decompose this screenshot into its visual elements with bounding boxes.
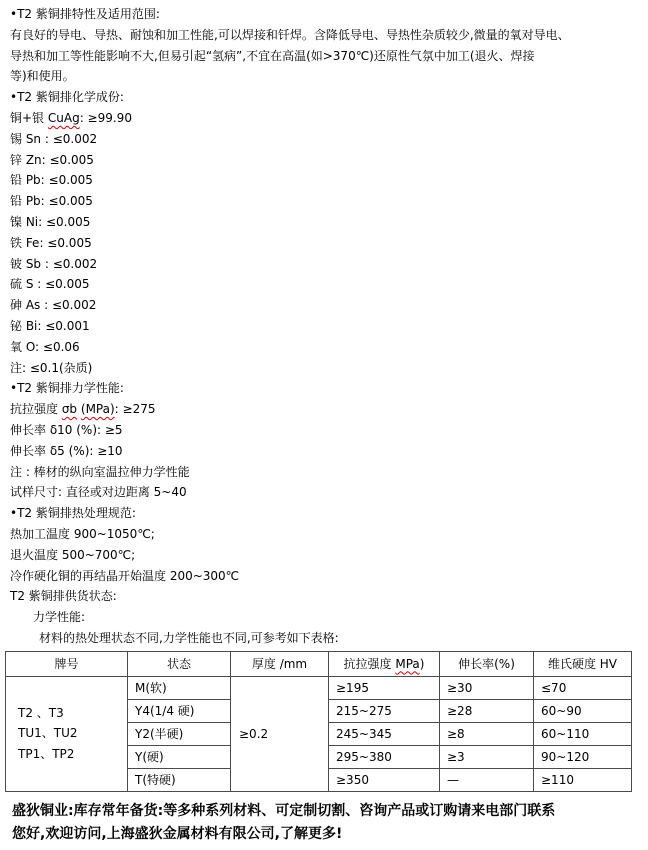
tensile-strength-cell: ≥195 xyxy=(329,676,440,699)
text-line: 有良好的导电、导热、耐蚀和加工性能,可以焊接和钎焊。含降低导电、导热性杂质较少,… xyxy=(10,25,648,46)
column-header: 伸长率(%) xyxy=(440,651,534,676)
text-line: •T2 紫铜排热处理规范: xyxy=(10,503,648,524)
footer-line-2: 您好,欢迎访问,上海盛狄金属材料有限公司,了解更多! xyxy=(12,823,648,846)
mechanical-properties-table: 牌号状态厚度 /mm抗拉强度 MPa)伸长率(%)维氏硬度 HV T2 、T3T… xyxy=(5,651,632,792)
text-line: 铜+银 CuAg: ≥99.90 xyxy=(10,108,648,129)
table-body: T2 、T3TU1、TU2TP1、TP2M(软)≥0.2≥195≥30≤70Y4… xyxy=(6,676,632,791)
text-line: 锡 Sn : ≤0.002 xyxy=(10,129,648,150)
text-segment: : ≥275 xyxy=(115,402,156,416)
text-line: •T2 紫铜排特性及适用范围: xyxy=(10,4,648,25)
spellcheck-marked-text: (MPa) xyxy=(81,402,115,416)
text-segment: ) xyxy=(420,657,425,671)
hardness-cell: ≥110 xyxy=(534,768,632,791)
state-cell: Y4(1/4 硬) xyxy=(128,699,231,722)
spellcheck-marked-text: CuAg xyxy=(48,111,80,125)
text-line: 锌 Zn: ≤0.005 xyxy=(10,150,648,171)
text-line: 等)和使用。 xyxy=(10,66,648,87)
text-line: 抗拉强度 σb (MPa): ≥275 xyxy=(10,399,648,420)
text-segment: 抗拉强度 xyxy=(344,657,396,671)
spellcheck-marked-text: σb xyxy=(62,402,77,416)
text-line: 硫 S : ≤0.005 xyxy=(10,274,648,295)
text-line: 铅 Pb: ≤0.005 xyxy=(10,170,648,191)
hardness-cell: 60~90 xyxy=(534,699,632,722)
grade-line: T2 、T3 xyxy=(18,703,127,724)
text-line: 铁 Fe: ≤0.005 xyxy=(10,233,648,254)
text-line: 镍 Ni: ≤0.005 xyxy=(10,212,648,233)
text-line: 铍 Sb : ≤0.002 xyxy=(10,254,648,275)
text-line: 注 : 棒材的纵向室温拉伸力学性能 xyxy=(10,462,648,483)
column-header: 状态 xyxy=(128,651,231,676)
text-line: 导热和加工等性能影响不大,但易引起“氢病”,不宜在高温(如>370℃)还原性气氛… xyxy=(10,46,648,67)
state-cell: T(特硬) xyxy=(128,768,231,791)
hardness-cell: 60~110 xyxy=(534,722,632,745)
grade-cell: T2 、T3TU1、TU2TP1、TP2 xyxy=(6,676,128,791)
text-segment: 铜+银 xyxy=(10,111,48,125)
footer: 盛狄铜业:库存常年备货:等多种系列材料、可定制切割、咨询产品或订购请来电部门联系… xyxy=(12,800,648,846)
text-line: 注: ≤0.1(杂质) xyxy=(10,358,648,379)
state-cell: Y2(半硬) xyxy=(128,722,231,745)
footer-line-1: 盛狄铜业:库存常年备货:等多种系列材料、可定制切割、咨询产品或订购请来电部门联系 xyxy=(12,800,648,823)
tensile-strength-cell: 245~345 xyxy=(329,722,440,745)
tensile-strength-cell: ≥350 xyxy=(329,768,440,791)
elongation-cell: ≥3 xyxy=(440,745,534,768)
state-cell: M(软) xyxy=(128,676,231,699)
elongation-cell: ≥8 xyxy=(440,722,534,745)
text-line: 伸长率 δ5 (%): ≥10 xyxy=(10,441,648,462)
text-line: 铅 Pb: ≤0.005 xyxy=(10,191,648,212)
text-line: 热加工温度 900~1050℃; xyxy=(10,524,648,545)
spellcheck-marked-text: MPa xyxy=(395,657,419,671)
tensile-strength-cell: 215~275 xyxy=(329,699,440,722)
column-header: 抗拉强度 MPa) xyxy=(329,651,440,676)
text-line: 冷作硬化铜的再结晶开始温度 200~300℃ xyxy=(10,566,648,587)
text-line: 材料的热处理状态不同,力学性能也不同,可参考如下表格: xyxy=(10,628,648,649)
text-line: 力学性能: xyxy=(10,607,648,628)
text-line: T2 紫铜排供货状态: xyxy=(10,586,648,607)
hardness-cell: 90~120 xyxy=(534,745,632,768)
tensile-strength-cell: 295~380 xyxy=(329,745,440,768)
text-line: •T2 紫铜排化学成份: xyxy=(10,87,648,108)
text-line: 铋 Bi: ≤0.001 xyxy=(10,316,648,337)
text-line: 砷 As : ≤0.002 xyxy=(10,295,648,316)
elongation-cell: — xyxy=(440,768,534,791)
thickness-cell: ≥0.2 xyxy=(231,676,329,791)
hardness-cell: ≤70 xyxy=(534,676,632,699)
elongation-cell: ≥28 xyxy=(440,699,534,722)
state-cell: Y(硬) xyxy=(128,745,231,768)
elongation-cell: ≥30 xyxy=(440,676,534,699)
text-segment: 抗拉强度 xyxy=(10,402,62,416)
grade-line: TU1、TU2 xyxy=(18,723,127,744)
column-header: 牌号 xyxy=(6,651,128,676)
column-header: 厚度 /mm xyxy=(231,651,329,676)
text-segment: : ≥99.90 xyxy=(80,111,132,125)
text-line: 试样尺寸: 直径或对边距离 5~40 xyxy=(10,482,648,503)
column-header: 维氏硬度 HV xyxy=(534,651,632,676)
table-row: T2 、T3TU1、TU2TP1、TP2M(软)≥0.2≥195≥30≤70 xyxy=(6,676,632,699)
table-header-row: 牌号状态厚度 /mm抗拉强度 MPa)伸长率(%)维氏硬度 HV xyxy=(6,651,632,676)
text-line: 退火温度 500~700℃; xyxy=(10,545,648,566)
document-body: •T2 紫铜排特性及适用范围:有良好的导电、导热、耐蚀和加工性能,可以焊接和钎焊… xyxy=(0,0,648,649)
text-line: 伸长率 δ10 (%): ≥5 xyxy=(10,420,648,441)
text-line: •T2 紫铜排力学性能: xyxy=(10,378,648,399)
page: •T2 紫铜排特性及适用范围:有良好的导电、导热、耐蚀和加工性能,可以焊接和钎焊… xyxy=(0,0,648,850)
grade-line: TP1、TP2 xyxy=(18,744,127,765)
text-line: 氧 O: ≤0.06 xyxy=(10,337,648,358)
